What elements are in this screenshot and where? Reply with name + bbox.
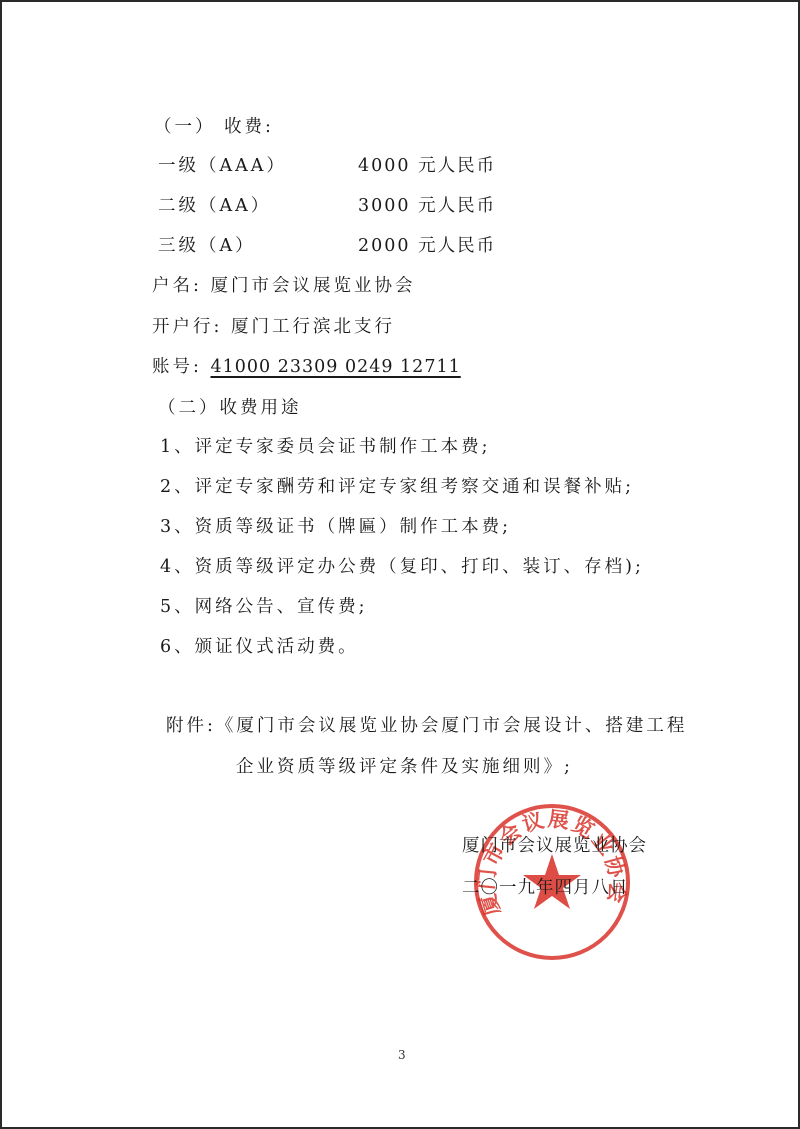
- signing-organization: 厦门市会议展览业协会: [462, 835, 647, 857]
- section-fees-heading: （一） 收费:: [154, 116, 274, 138]
- account-number-row: 账号: 41000 23309 0249 12711: [152, 356, 461, 378]
- fee-level-aaa: 一级（AAA）: [158, 155, 287, 177]
- attachment-line-1: 附件:《厦门市会议展览业协会厦门市会展设计、搭建工程: [166, 715, 687, 737]
- page-number: 3: [398, 1048, 406, 1062]
- usage-item: 3、资质等级证书（牌匾）制作工本费;: [160, 516, 511, 538]
- usage-item: 4、资质等级评定办公费（复印、打印、装订、存档);: [160, 556, 644, 578]
- fee-amount-aaa: 4000 元人民币: [358, 155, 496, 177]
- usage-item: 5、网络公告、宣传费;: [160, 596, 368, 618]
- fee-level-a: 三级（A）: [158, 235, 256, 257]
- account-name-row: 户名: 厦门市会议展览业协会: [152, 275, 415, 297]
- account-number-label: 账号:: [152, 357, 202, 377]
- document-page: （一） 收费: 一级（AAA） 4000 元人民币 二级（AA） 3000 元人…: [0, 0, 800, 1129]
- fee-level-aa: 二级（AA）: [158, 195, 271, 217]
- fee-amount-aa: 3000 元人民币: [358, 195, 496, 217]
- bank-label: 开户行:: [152, 317, 222, 337]
- account-name-value: 厦门市会议展览业协会: [210, 276, 415, 296]
- bank-row: 开户行: 厦门工行滨北支行: [152, 316, 395, 338]
- usage-item: 2、评定专家酬劳和评定专家组考察交通和误餐补贴;: [160, 476, 634, 498]
- fee-amount-a: 2000 元人民币: [358, 235, 496, 257]
- usage-item: 6、颁证仪式活动费。: [160, 636, 359, 658]
- account-name-label: 户名:: [152, 276, 202, 296]
- svg-text:厦门市会议展览业协会: 厦门市会议展览业协会: [474, 807, 630, 919]
- attachment-line-2: 企业资质等级评定条件及实施细则》;: [236, 756, 573, 778]
- section-usage-heading: （二）收费用途: [158, 397, 302, 419]
- stamp-text: 厦门市会议展览业协会: [474, 807, 630, 919]
- bank-value: 厦门工行滨北支行: [231, 317, 395, 337]
- signing-date: 二〇一九年四月八日: [462, 877, 629, 899]
- account-number-value: 41000 23309 0249 12711: [210, 357, 460, 377]
- usage-item: 1、评定专家委员会证书制作工本费;: [160, 436, 491, 458]
